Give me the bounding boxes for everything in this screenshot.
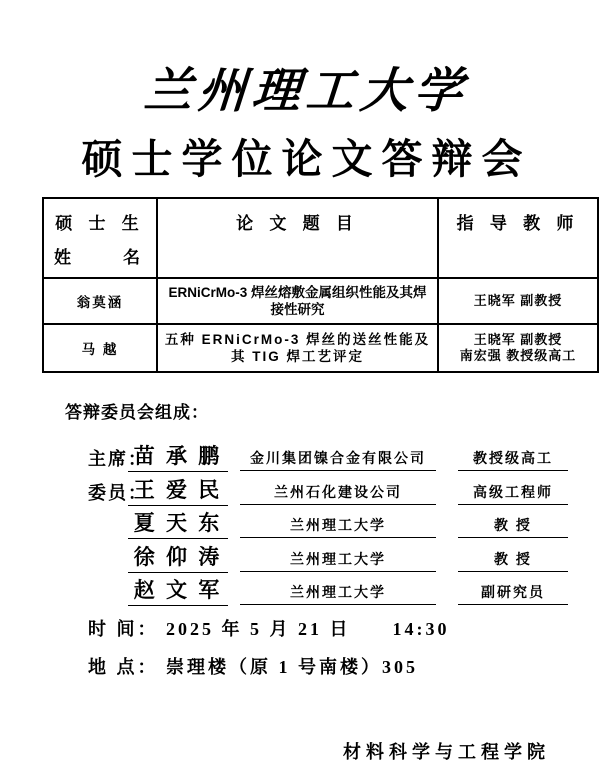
advisor-names: 王晓军 副教授: [438, 278, 598, 324]
time-label: 时 间：: [88, 619, 166, 639]
member-title: 教授级高工: [458, 448, 568, 471]
member-title: 教 授: [458, 515, 568, 538]
table-row: 马 越 五种 ERNiCrMo-3 焊丝的送丝性能及其 TIG 焊工艺评定 王晓…: [43, 324, 598, 372]
defense-announcement-document: 兰州理工大学 硕士学位论文答辩会 硕 士 生 姓 名 论 文 题 目 指 导 教…: [0, 0, 613, 783]
committee-list: 主席： 苗 承 鹏 金川集团镍合金有限公司 教授级高工 委员： 王 爱 民 兰州…: [88, 440, 578, 608]
student-name: 马 越: [43, 324, 157, 372]
committee-section-label: 答辩委员会组成：: [65, 398, 209, 423]
location-label: 地 点：: [88, 657, 166, 677]
committee-row-member: 委员： 王 爱 民 兰州石化建设公司 高级工程师: [88, 474, 578, 508]
member-title: 副研究员: [458, 582, 568, 605]
column-header-student-name: 硕 士 生 姓 名: [48, 201, 152, 275]
member-name: 赵 文 军: [128, 574, 228, 606]
university-calligraphy-logo: 兰州理工大学: [0, 52, 613, 121]
committee-row-member: 徐 仰 涛 兰州理工大学 教 授: [88, 541, 578, 575]
member-name: 徐 仰 涛: [128, 541, 228, 573]
member-affiliation: 兰州理工大学: [240, 515, 436, 538]
member-affiliation: 金川集团镍合金有限公司: [240, 448, 436, 471]
column-header-thesis-title: 论 文 题 目: [162, 201, 433, 241]
member-title: 高级工程师: [458, 482, 568, 505]
location-value: 崇理楼（原 1 号南楼）305: [166, 657, 418, 677]
member-affiliation: 兰州理工大学: [240, 549, 436, 572]
committee-row-member: 赵 文 军 兰州理工大学 副研究员: [88, 574, 578, 608]
member-affiliation: 兰州石化建设公司: [240, 482, 436, 505]
department-signature: 材料科学与工程学院: [343, 738, 550, 764]
member-name: 夏 天 东: [128, 507, 228, 539]
time-row: 时 间： 2025 年 5 月 21 日 14:30: [88, 615, 450, 641]
committee-row-member: 夏 天 东 兰州理工大学 教 授: [88, 507, 578, 541]
advisor-names: 王晓军 副教授 南宏强 教授级高工: [438, 324, 598, 372]
member-affiliation: 兰州理工大学: [240, 582, 436, 605]
students-table: 硕 士 生 姓 名 论 文 题 目 指 导 教 师 翁莫涵 ERNiCrMo-3…: [42, 197, 599, 373]
time-value: 2025 年 5 月 21 日 14:30: [166, 619, 450, 639]
student-name: 翁莫涵: [43, 278, 157, 324]
page-title: 硕士学位论文答辩会: [0, 126, 613, 185]
column-header-advisor: 指 导 教 师: [443, 201, 593, 241]
thesis-title: 五种 ERNiCrMo-3 焊丝的送丝性能及其 TIG 焊工艺评定: [157, 324, 438, 372]
table-row: 翁莫涵 ERNiCrMo-3 焊丝熔敷金属组织性能及其焊接性研究 王晓军 副教授: [43, 278, 598, 324]
location-row: 地 点： 崇理楼（原 1 号南楼）305: [88, 653, 418, 679]
table-header-row: 硕 士 生 姓 名 论 文 题 目 指 导 教 师: [43, 198, 598, 278]
member-name: 苗 承 鹏: [128, 440, 228, 472]
member-title: 教 授: [458, 549, 568, 572]
thesis-title: ERNiCrMo-3 焊丝熔敷金属组织性能及其焊接性研究: [157, 278, 438, 324]
committee-row-chair: 主席： 苗 承 鹏 金川集团镍合金有限公司 教授级高工: [88, 440, 578, 474]
member-name: 王 爱 民: [128, 474, 228, 506]
